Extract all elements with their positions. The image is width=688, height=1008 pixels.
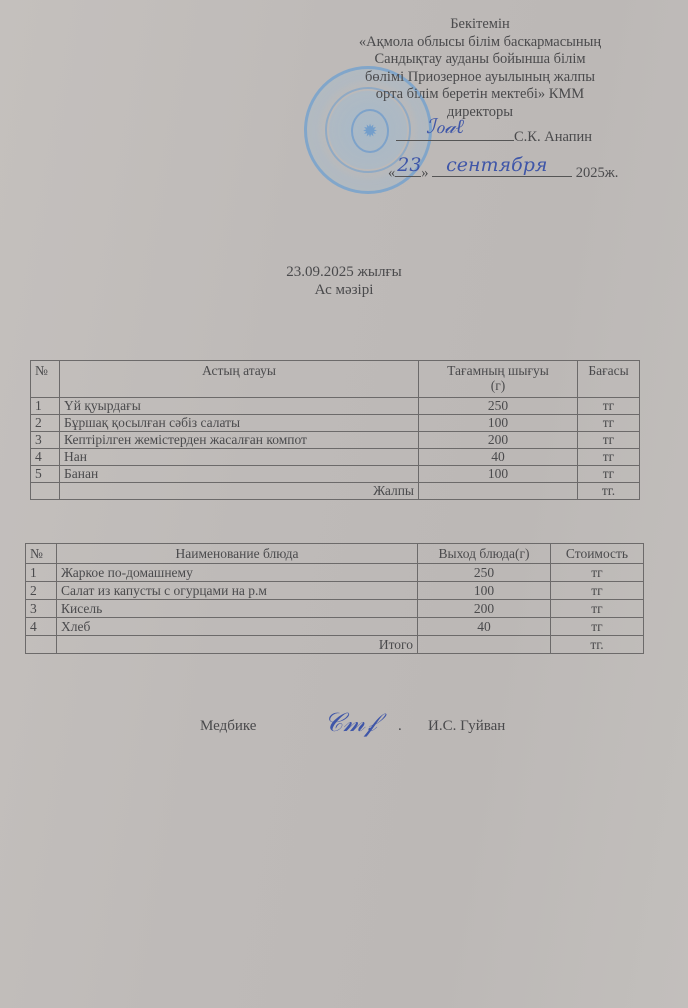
total-price: тг.	[551, 636, 644, 654]
total-row: Жалпытг.	[31, 483, 640, 500]
cell-dish-name: Кептірілген жемістерден жасалған компот	[60, 432, 419, 449]
document-heading: 23.09.2025 жылғы Ас мәзірі	[0, 263, 688, 299]
signature-blank: ℐℴ𝒶ℓ	[396, 128, 514, 141]
cell-price: тг	[551, 582, 644, 600]
header-dish-name: Наименование блюда	[57, 544, 418, 564]
nurse-role: Медбике	[200, 718, 256, 735]
table-row: 5Банан100тг	[31, 466, 640, 483]
header-yield: Выход блюда(г)	[418, 544, 551, 564]
total-label: Итого	[57, 636, 418, 654]
approval-line: Сандықтау ауданы бойынша білім	[330, 51, 630, 69]
director-signature: ℐℴ𝒶ℓ	[426, 114, 464, 139]
total-yield	[419, 483, 578, 500]
cell-price: тг	[578, 449, 640, 466]
header-number: №	[26, 544, 57, 564]
cell-dish-name: Жаркое по-домашнему	[57, 564, 418, 582]
menu-title: Ас мәзірі	[0, 281, 688, 299]
cell-dish-name: Нан	[60, 449, 419, 466]
cell-number: 3	[26, 600, 57, 618]
cell-price: тг	[551, 618, 644, 636]
cell-dish-name: Салат из капусты с огурцами на р.м	[57, 582, 418, 600]
header-price: Бағасы	[578, 361, 640, 398]
cell-price: тг	[578, 415, 640, 432]
menu-table-kazakh: № Астың атауы Тағамның шығуы (г) Бағасы …	[30, 360, 640, 500]
cell-yield: 100	[418, 582, 551, 600]
cell-number	[31, 483, 60, 500]
header-dish-name: Астың атауы	[60, 361, 419, 398]
quote-close: »	[421, 165, 428, 181]
director-signature-line: ℐℴ𝒶ℓ С.К. Анапин	[396, 128, 592, 146]
table-row: 3 Кептірілген жемістерден жасалған компо…	[31, 432, 640, 449]
menu-table-russian: № Наименование блюда Выход блюда(г) Стои…	[25, 543, 644, 654]
cell-number: 4	[26, 618, 57, 636]
cell-dish-name: Банан	[60, 466, 419, 483]
table-row: 4Хлеб40тг	[26, 618, 644, 636]
table-row: 3Кисель200тг	[26, 600, 644, 618]
total-row: Итоготг.	[26, 636, 644, 654]
approval-line: орта білім беретін мектебі» КММ	[330, 86, 630, 104]
date-day-blank: 23	[395, 162, 421, 177]
cell-price: тг	[551, 564, 644, 582]
table-header-row: № Наименование блюда Выход блюда(г) Стои…	[26, 544, 644, 564]
date-month: сентября	[446, 154, 547, 176]
cell-yield: 40	[418, 618, 551, 636]
date-year: 2025ж.	[576, 165, 619, 181]
cell-yield: 40	[419, 449, 578, 466]
nurse-name: И.С. Гуйван	[428, 718, 505, 735]
total-label: Жалпы	[60, 483, 419, 500]
director-name: С.К. Анапин	[514, 129, 592, 145]
cell-price: тг	[578, 432, 640, 449]
table-row: 2Салат из капусты с огурцами на р.м100тг	[26, 582, 644, 600]
cell-number: 5	[31, 466, 60, 483]
cell-number: 2	[26, 582, 57, 600]
cell-number: 1	[26, 564, 57, 582]
cell-price: тг	[578, 466, 640, 483]
cell-price: тг	[551, 600, 644, 618]
cell-yield: 100	[419, 415, 578, 432]
cell-number	[26, 636, 57, 654]
cell-number: 4	[31, 449, 60, 466]
cell-yield: 200	[418, 600, 551, 618]
approval-line: директоры	[330, 104, 630, 122]
table-header-row: № Астың атауы Тағамның шығуы (г) Бағасы	[31, 361, 640, 398]
header-price: Стоимость	[551, 544, 644, 564]
cell-number: 3	[31, 432, 60, 449]
cell-dish-name: Кисель	[57, 600, 418, 618]
date-day: 23	[397, 154, 421, 176]
menu-date: 23.09.2025 жылғы	[0, 263, 688, 281]
approval-line: бөлімі Приозерное ауылының жалпы	[330, 69, 630, 87]
cell-dish-name: Бұршақ қосылған сәбіз салаты	[60, 415, 419, 432]
cell-dish-name: Хлеб	[57, 618, 418, 636]
cell-dish-name: Үй қуырдағы	[60, 398, 419, 415]
table-row: 1Үй қуырдағы250тг	[31, 398, 640, 415]
signature-dot: .	[398, 718, 402, 735]
cell-yield: 100	[419, 466, 578, 483]
date-month-blank: сентября	[432, 162, 572, 177]
nurse-signature: 𝒞𝓂𝒻	[324, 708, 377, 739]
cell-yield: 250	[419, 398, 578, 415]
cell-number: 1	[31, 398, 60, 415]
cell-number: 2	[31, 415, 60, 432]
table-row: 1Жаркое по-домашнему250тг	[26, 564, 644, 582]
table-row: 2Бұршақ қосылған сәбіз салаты100тг	[31, 415, 640, 432]
approval-line: «Ақмола облысы білім баскармасының	[330, 34, 630, 52]
cell-yield: 200	[419, 432, 578, 449]
header-yield: Тағамның шығуы (г)	[419, 361, 578, 398]
header-number: №	[31, 361, 60, 398]
approval-date: «23» сентября 2025ж.	[388, 162, 618, 182]
total-price: тг.	[578, 483, 640, 500]
quote-open: «	[388, 165, 395, 181]
approval-block: Бекітемін «Ақмола облысы білім баскармас…	[330, 16, 630, 122]
table-row: 4Нан40тг	[31, 449, 640, 466]
approval-line: Бекітемін	[330, 16, 630, 34]
total-yield	[418, 636, 551, 654]
cell-price: тг	[578, 398, 640, 415]
cell-yield: 250	[418, 564, 551, 582]
